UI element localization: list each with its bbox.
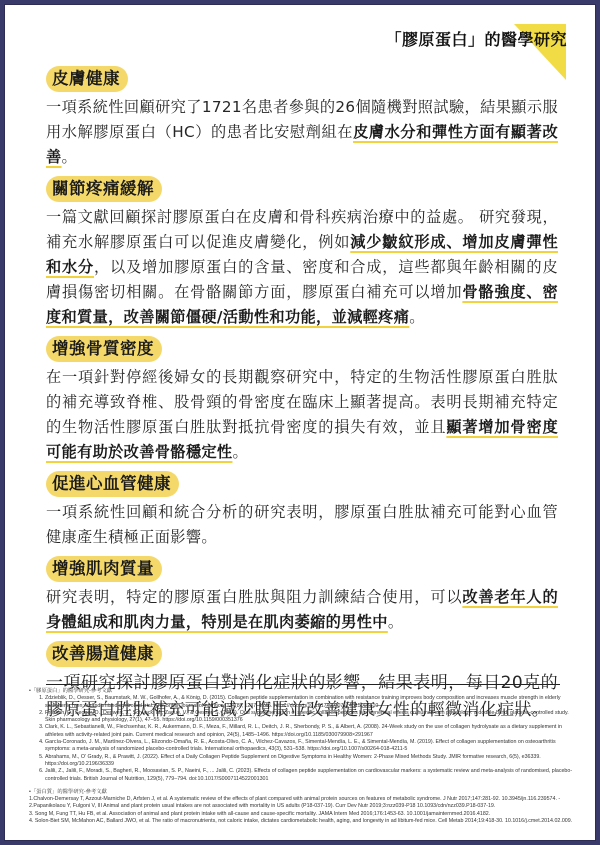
highlighted-text: 骨骼強度、密度和質量，改善關節僵硬/活動性和功能，並減輕疼痛 xyxy=(46,283,558,326)
section-body: 研究表明，特定的膠原蛋白胜肽與阻力訓練結合使用，可以改善老年人的身體組成和肌肉力… xyxy=(46,585,558,635)
protein-references-heading: •「蛋白質」的醫學研究-參考文獻 xyxy=(29,789,579,796)
section-heading: 關節疼痛緩解 xyxy=(46,176,162,202)
highlighted-text: 改善老年人的身體組成和肌肉力量，特別是在肌肉萎縮的男性中 xyxy=(46,588,558,631)
highlighted-text: 皮膚水分和彈性方面有顯著改善 xyxy=(46,123,558,166)
divider-line xyxy=(46,684,560,685)
page-title: 「膠原蛋白」的醫學研究 xyxy=(385,27,567,50)
reference-item: García-Coronado, J. M., Martínez-Olvera,… xyxy=(45,739,579,754)
references: •「膠原蛋白」的醫學研究-參考文獻 Zdzieblik, D., Oesser,… xyxy=(29,688,579,825)
reference-item: 4. Solon-Biet SM, McMahon AC, Ballard JW… xyxy=(29,818,579,825)
section-body: 在一項針對停經後婦女的長期觀察研究中，特定的生物活性膠原蛋白胜肽的補充導致脊椎、… xyxy=(46,365,558,465)
section-body: 一項系統性回顧和統合分析的研究表明，膠原蛋白胜肽補充可能對心血管健康產生積極正面… xyxy=(46,500,558,550)
highlighted-text: 顯著增加骨密度可能有助於改善骨骼穩定性 xyxy=(46,418,558,461)
reference-item: Clark, K. L., Sebastianelli, W., Flechse… xyxy=(45,724,579,739)
reference-item: Zdzieblik, D., Oesser, S., Baumstark, M.… xyxy=(45,695,579,710)
sections-container: 皮膚健康 一項系統性回顧研究了1721名患者參與的26個隨機對照試驗，結果顯示服… xyxy=(46,66,558,730)
section-muscle-mass: 增強肌肉質量 研究表明，特定的膠原蛋白胜肽與阻力訓練結合使用，可以改善老年人的身… xyxy=(46,556,558,635)
protein-reference-list: 1.Chalvon-Demersay T, Azzout-Marniche D,… xyxy=(29,796,579,825)
highlighted-text: 減少皺紋形成、增加皮膚彈性和水分 xyxy=(46,233,558,276)
document-page: 「膠原蛋白」的醫學研究 皮膚健康 一項系統性回顧研究了1721名患者參與的26個… xyxy=(4,4,596,841)
section-heading: 皮膚健康 xyxy=(46,66,128,92)
reference-item: Abrahams, M., O’ Grady, R., & Prawitt, J… xyxy=(45,754,579,769)
collagen-reference-list: Zdzieblik, D., Oesser, S., Baumstark, M.… xyxy=(29,695,579,783)
section-bone-density: 增強骨質密度 在一項針對停經後婦女的長期觀察研究中，特定的生物活性膠原蛋白胜肽的… xyxy=(46,336,558,465)
section-skin-health: 皮膚健康 一項系統性回顧研究了1721名患者參與的26個隨機對照試驗，結果顯示服… xyxy=(46,66,558,170)
reference-item: Jalili, Z., Jalili, F., Moradi, S., Bagh… xyxy=(45,768,579,783)
section-heading: 促進心血管健康 xyxy=(46,471,179,497)
collagen-references-heading: •「膠原蛋白」的醫學研究-參考文獻 xyxy=(29,688,579,695)
reference-item: Proksch, E., Segger, D., Degwert, J., Sc… xyxy=(45,710,579,725)
section-heading: 增強肌肉質量 xyxy=(46,556,162,582)
section-heading: 增強骨質密度 xyxy=(46,336,162,362)
section-joint-pain: 關節疼痛緩解 一篇文獻回顧探討膠原蛋白在皮膚和骨科疾病治療中的益處。 研究發現，… xyxy=(46,176,558,330)
section-body: 一篇文獻回顧探討膠原蛋白在皮膚和骨科疾病治療中的益處。 研究發現，補充水解膠原蛋… xyxy=(46,205,558,330)
section-heading: 改善腸道健康 xyxy=(46,641,162,667)
section-cardiovascular: 促進心血管健康 一項系統性回顧和統合分析的研究表明，膠原蛋白胜肽補充可能對心血管… xyxy=(46,471,558,550)
reference-item: 1.Chalvon-Demersay T, Azzout-Marniche D,… xyxy=(29,796,579,803)
reference-item: 2.Papanikolaou Y, Fulgoni V, III Animal … xyxy=(29,803,579,810)
section-body: 一項系統性回顧研究了1721名患者參與的26個隨機對照試驗，結果顯示服用水解膠原… xyxy=(46,95,558,170)
reference-item: 3. Song M, Fung TT, Hu FB, et al. Associ… xyxy=(29,811,579,818)
